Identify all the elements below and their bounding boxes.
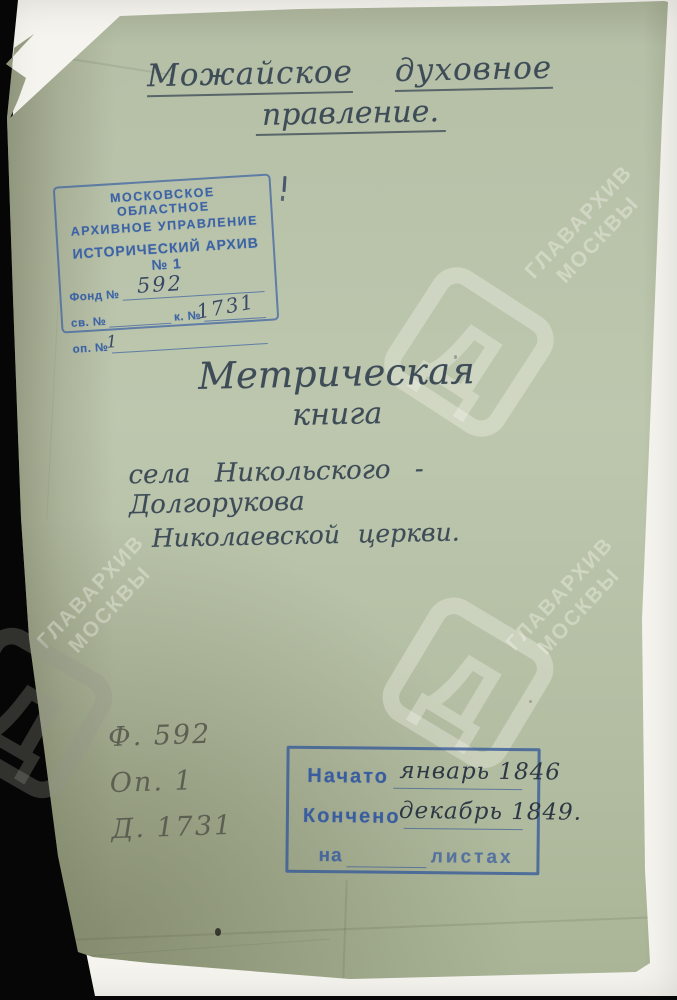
- sv-label: св. №: [71, 316, 107, 330]
- scanned-document: ГЛАВАРХИВ МОСКВЫ ГЛАВАРХИВ МОСКВЫ ГЛАВАР…: [0, 0, 677, 1000]
- op-row: оп. № 1: [72, 332, 270, 356]
- header-word1: Можайское: [147, 54, 354, 97]
- sv-row: св. № к. № 1731: [71, 306, 269, 330]
- sheets-underline: [346, 865, 426, 868]
- listah-label: листах: [431, 846, 514, 869]
- op-underline: [112, 342, 268, 354]
- pencil-fond: Ф. 592: [108, 718, 231, 753]
- finished-row: Кончено декабрь 1849.: [303, 805, 523, 830]
- sv-underline: [109, 322, 171, 328]
- glavarkhiv-watermark-text: ГЛАВАРХИВ МОСКВЫ: [520, 160, 658, 303]
- date-stamp: Начато январь 1846 Кончено декабрь 1849.…: [285, 746, 540, 876]
- cover-header-title: Можайское духовное правление.: [149, 50, 551, 135]
- fond-value: 592: [136, 271, 183, 298]
- finished-underline: [403, 827, 522, 830]
- finished-value: декабрь 1849.: [399, 798, 582, 826]
- pencil-references: Ф. 592 Оп. 1 Д. 1731: [108, 718, 235, 860]
- op-label: оп. №: [72, 342, 108, 356]
- started-label: Начато: [307, 765, 389, 789]
- op-value: 1: [106, 332, 118, 353]
- fond-label: Фонд №: [69, 289, 120, 304]
- header-line2: правление.: [150, 92, 551, 135]
- title-line1: Метрическая: [126, 348, 547, 400]
- sheets-row: на листах: [318, 845, 513, 869]
- crease-line: [46, 300, 59, 520]
- crease-line: [60, 939, 329, 959]
- title-line2: книга: [127, 393, 548, 437]
- paper-cover: ГЛАВАРХИВ МОСКВЫ ГЛАВАРХИВ МОСКВЫ ГЛАВАР…: [0, 0, 677, 1000]
- pencil-opis: Оп. 1: [109, 764, 232, 799]
- started-value: январь 1846: [399, 758, 561, 786]
- cover-main-title: Метрическая книга села Никольского - Дол…: [126, 348, 550, 554]
- paper-speck: [215, 928, 221, 936]
- archive-stamp: МОСКОВСКОЕ ОБЛАСТНОЕ АРХИВНОЕ УПРАВЛЕНИЕ…: [53, 173, 280, 333]
- pencil-delo: Д. 1731: [111, 810, 234, 845]
- started-row: Начато январь 1846: [307, 765, 522, 790]
- na-label: на: [318, 845, 342, 867]
- title-line4: Николаевской церкви.: [130, 516, 551, 554]
- header-word2: духовное: [395, 50, 553, 92]
- started-underline: [393, 787, 522, 790]
- title-line3: села Никольского - Долгорукова: [128, 452, 549, 521]
- header-line1: Можайское духовное: [149, 50, 550, 97]
- crease-line: [40, 916, 660, 941]
- pen-mark: [282, 176, 286, 192]
- finished-label: Кончено: [303, 805, 401, 829]
